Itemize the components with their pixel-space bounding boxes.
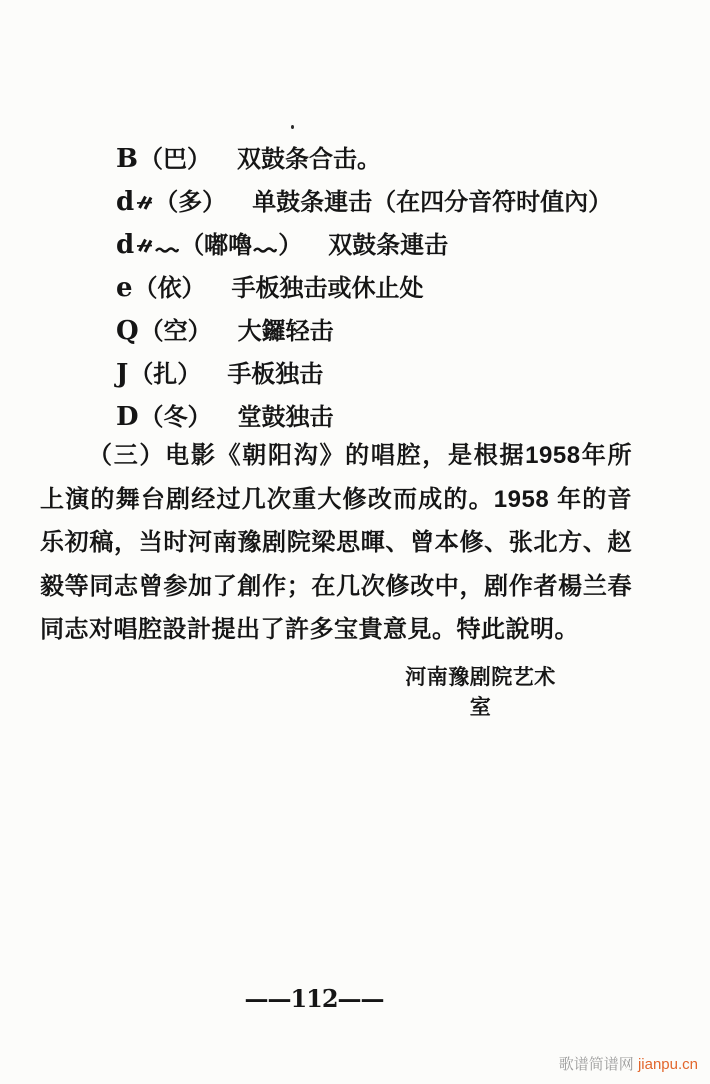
legend-row-e: e（依）手板独击或休止处	[116, 267, 612, 310]
note-description: 大鑼轻击	[238, 318, 334, 345]
note-description: 手板独击或休止处	[232, 275, 424, 302]
note-reading: （依）	[134, 275, 206, 302]
note-description: 堂鼓独击	[238, 404, 334, 431]
note-code: d	[116, 230, 135, 260]
note-description: 双鼓条連击	[328, 232, 448, 259]
legend-row-d-single: d（多）单鼓条連击（在四分音符时值內）	[116, 181, 612, 224]
watermark-domain: jianpu.cn	[638, 1056, 698, 1073]
intro-paragraph: （三）电影《朝阳沟》的唱腔，是根据1958年所上演的舞台剧经过几次重大修改而成的…	[40, 434, 632, 652]
legend-row-b: B（巴）双鼓条合击。	[116, 138, 612, 181]
note-reading: （巴）	[139, 146, 211, 173]
note-reading-open: （嘟嚕	[180, 232, 252, 259]
note-code: Q	[116, 316, 140, 346]
wave-line-icon	[253, 226, 277, 269]
tremolo-mark-icon	[136, 226, 153, 269]
note-reading: （空）	[140, 318, 212, 345]
note-code: e	[116, 273, 134, 303]
legend-row-j: J（扎）手板独击	[116, 353, 612, 396]
note-code: J	[116, 359, 129, 389]
note-reading: （扎）	[129, 361, 201, 388]
watermark-site-name: 歌谱简谱网	[559, 1056, 638, 1073]
note-code: B	[116, 144, 139, 174]
note-reading: （多）	[154, 189, 226, 216]
note-reading-close: ）	[278, 232, 302, 259]
tremolo-mark-icon	[136, 183, 153, 226]
signature-line: 河南豫剧院艺术室	[398, 661, 563, 721]
percussion-legend: B（巴）双鼓条合击。 d（多）单鼓条連击（在四分音符时值內） d（嘟嚕）双鼓条連…	[116, 138, 612, 439]
legend-row-q: Q（空）大鑼轻击	[116, 310, 612, 353]
wave-line-icon	[155, 226, 179, 269]
note-description: 双鼓条合击。	[237, 146, 381, 173]
page-number: ——112——	[0, 984, 628, 1013]
note-code: d	[116, 187, 135, 217]
note-code: D	[116, 402, 140, 432]
watermark: 歌谱简谱网 jianpu.cn	[559, 1053, 698, 1074]
note-reading: （冬）	[140, 404, 212, 431]
legend-row-d-roll: d（嘟嚕）双鼓条連击	[116, 224, 612, 267]
scan-speck	[291, 125, 294, 129]
note-description: 手板独击	[227, 361, 323, 388]
legend-row-d-tang: D（冬）堂鼓独击	[116, 396, 612, 439]
note-description: 单鼓条連击（在四分音符时值內）	[252, 189, 612, 216]
